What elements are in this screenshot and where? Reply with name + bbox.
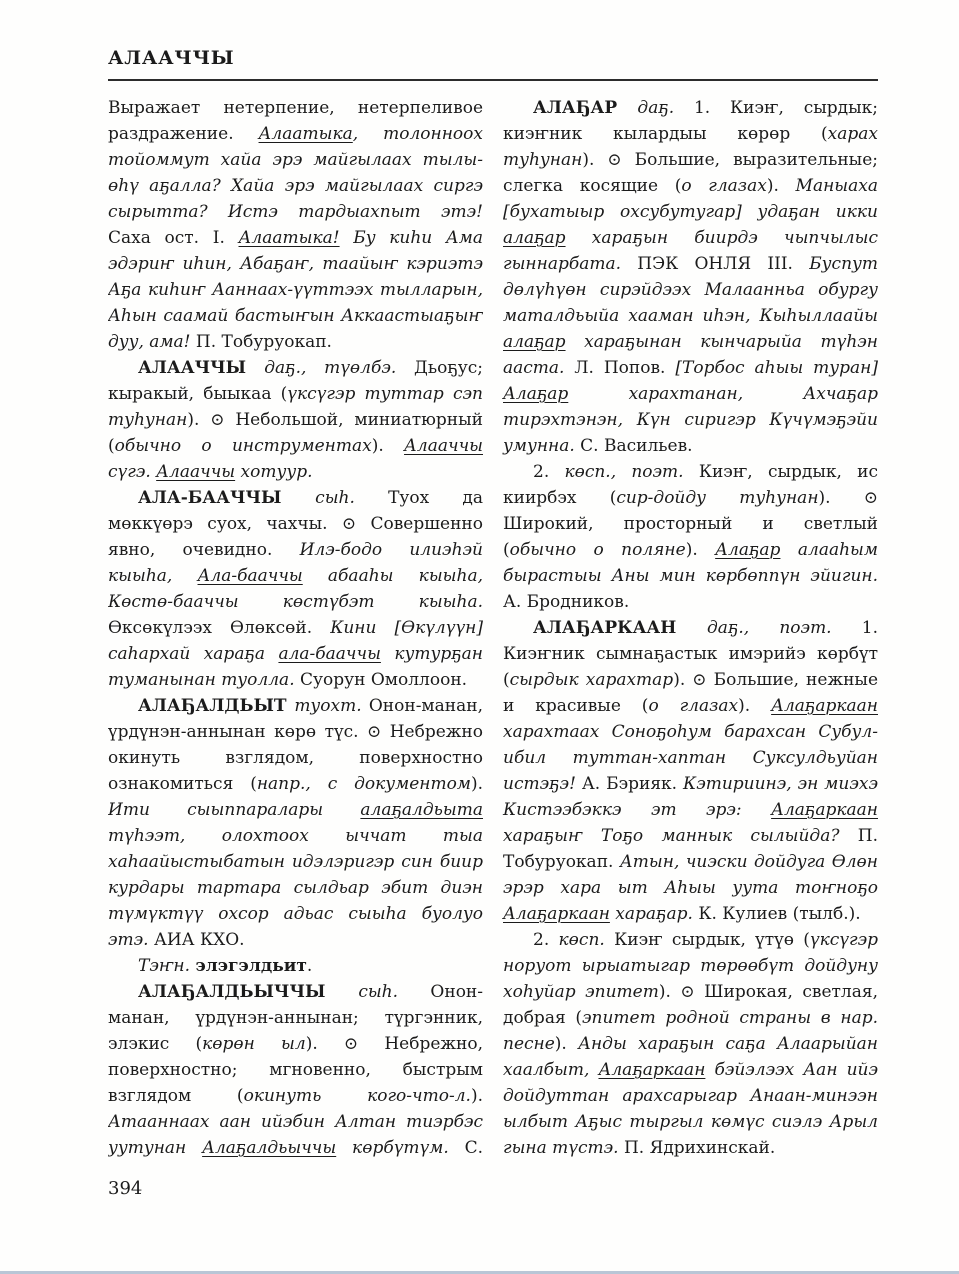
text-run: Өксөкүлээх Өлөксөй. xyxy=(108,618,330,638)
text-run: о глазах xyxy=(681,176,766,196)
text-run: П. Тобуруокап. xyxy=(196,332,332,352)
running-head: АЛААЧЧЫ xyxy=(108,48,878,69)
page-content: АЛААЧЧЫ Выражает нетерпение, нетерпеливо… xyxy=(108,48,878,1157)
text-run: ). xyxy=(767,176,796,196)
text-run: окинуть кого-что-л. xyxy=(244,1086,471,1106)
cited-form-underlined: алаҕар xyxy=(503,332,566,352)
text-run: Киэҥ сырдык, үтүө ( xyxy=(614,930,810,950)
text-run: Л. Попов. xyxy=(574,358,675,378)
text-run: [Торбос аһыы туран] xyxy=(675,358,878,378)
text-run: ). xyxy=(738,696,771,716)
text-run: сир-дойду туһунан xyxy=(616,488,818,508)
entry-alagar-sense1: АЛАҔАР даҕ. 1. Киэҥ, сырдык; киэҥник кыл… xyxy=(503,95,878,459)
cited-form-underlined: алаҕалдьыта xyxy=(360,800,483,820)
text-run: хотуур. xyxy=(235,462,312,482)
text-columns: Выражает нетерпение, нетерпеливое раздра… xyxy=(108,95,878,1157)
headword-or-bold-text: АЛАҔАР xyxy=(533,98,637,118)
text-run: П. Ядрихинскай. xyxy=(624,1138,775,1157)
cited-form-underlined: Алаатыка! xyxy=(239,228,340,248)
headword-or-bold-text: АЛАҔАРКААН xyxy=(533,618,707,638)
header-rule xyxy=(108,79,878,81)
cross-reference-line: Тэҥн. элэгэлдьит. xyxy=(108,953,483,979)
cited-form-underlined: алаҕар xyxy=(503,228,566,248)
text-run: Ити сыыппаралары xyxy=(108,800,360,820)
column-left: Выражает нетерпение, нетерпеливое раздра… xyxy=(108,95,483,1157)
cited-form-underlined: ала-бааччы xyxy=(278,644,380,664)
cited-form-underlined: Алаҕаркаан xyxy=(503,904,610,924)
entry-alaachchy: АЛААЧЧЫ даҕ., түөлбэ. Дьоҕус; кыракый, б… xyxy=(108,355,483,485)
column-right: АЛАҔАР даҕ. 1. Киэҥ, сырдык; киэҥник кыл… xyxy=(503,95,878,1157)
text-run: А. Бродников. xyxy=(503,592,629,612)
text-run: ). xyxy=(471,774,483,794)
entry-ala-baachchy: АЛА-БААЧЧЫ сыһ. Туох да мөккүөрэ суох, ч… xyxy=(108,485,483,693)
headword-or-bold-text: АЛАҔАЛДЬЫТ xyxy=(138,696,294,716)
dictionary-page: АЛААЧЧЫ Выражает нетерпение, нетерпеливо… xyxy=(0,0,959,1274)
cited-form-underlined: Алаҕаркаан xyxy=(771,696,878,716)
text-run: напр., с документом xyxy=(257,774,471,794)
text-run: АИА КХО. xyxy=(154,930,245,950)
text-run: хараҕыҥ Тоҕо маннык сылыйда? xyxy=(503,826,858,846)
headword-or-bold-text: АЛАҔАЛДЬЫЧЧЫ xyxy=(138,982,358,1002)
cited-form-underlined: Алаҕалдьыччы xyxy=(202,1138,336,1157)
page-number: 394 xyxy=(108,1178,142,1199)
text-run: ). xyxy=(686,540,715,560)
headword-or-bold-text: элэгэлдьит xyxy=(195,956,306,976)
text-run: сырдык харахтар xyxy=(510,670,674,690)
cited-form-underlined: Алаҕар xyxy=(715,540,780,560)
cited-form-underlined: Алааччы xyxy=(404,436,483,456)
text-run: көрөн ыл xyxy=(202,1034,306,1054)
text-run: көсп., поэт. xyxy=(564,462,698,482)
entry-alagaldyt: АЛАҔАЛДЬЫТ туохт. Онон-манан, үрдүнэн-ан… xyxy=(108,693,483,953)
cited-form-underlined: Алаҕаркаан xyxy=(598,1060,705,1080)
text-run: . xyxy=(307,956,312,976)
text-run: ). xyxy=(372,436,404,456)
text-run: 2. xyxy=(533,930,559,950)
entry-alagaldychchy: АЛАҔАЛДЬЫЧЧЫ сыһ. Онон-манан, үрдүнэн-ан… xyxy=(108,979,483,1157)
headword-or-bold-text: АЛААЧЧЫ xyxy=(138,358,264,378)
cited-form-underlined: Алааччы xyxy=(156,462,235,482)
text-run: 2. xyxy=(533,462,564,482)
text-run: сыһ. xyxy=(315,488,388,508)
text-run: Тэҥн. xyxy=(138,956,195,976)
text-run: обычно о поляне xyxy=(510,540,686,560)
cited-form-underlined: Алаҕаркаан xyxy=(771,800,878,820)
text-run: ПЭК ОНЛЯ III. xyxy=(637,254,809,274)
text-run: С. Васильев. xyxy=(580,436,692,456)
text-run: обычно о инструментах xyxy=(115,436,372,456)
text-run: туохт. xyxy=(294,696,369,716)
cited-form-underlined: Ала-бааччы xyxy=(198,566,303,586)
text-run: хараҕар. xyxy=(610,904,698,924)
text-run: о глазах xyxy=(648,696,738,716)
text-run: сыһ. xyxy=(358,982,430,1002)
cited-form-underlined: Алаатыка xyxy=(259,124,353,144)
text-run: ). xyxy=(471,1086,483,1106)
text-run: даҕ., поэт. xyxy=(707,618,862,638)
text-run: даҕ., түөлбэ. xyxy=(264,358,414,378)
cited-form-underlined: Алаҕар xyxy=(503,384,568,404)
entry-alagarkaan-sense2: 2. көсп. Киэҥ сырдык, үтүө (үксүгэр нору… xyxy=(503,927,878,1157)
text-run: Суорун Омоллоон. xyxy=(300,670,467,690)
headword-or-bold-text: АЛА-БААЧЧЫ xyxy=(138,488,315,508)
text-run: А. Бэрияк. xyxy=(582,774,683,794)
entry-alagar-sense2: 2. көсп., поэт. Киэҥ, сырдык, ис киирбэх… xyxy=(503,459,878,615)
text-run: К. Кулиев (тылб.). xyxy=(698,904,860,924)
entry-alagarkaan-sense1: АЛАҔАРКААН даҕ., поэт. 1. Киэҥник сымнаҕ… xyxy=(503,615,878,927)
continuation-paragraph: Выражает нетерпение, нетерпеливое раздра… xyxy=(108,95,483,355)
text-run: даҕ. xyxy=(637,98,694,118)
text-run: көрбүтүм. xyxy=(336,1138,464,1157)
text-run: сүгэ. xyxy=(108,462,156,482)
text-run: Саха ост. I. xyxy=(108,228,239,248)
text-run: ). xyxy=(555,1034,578,1054)
text-run: көсп. xyxy=(559,930,615,950)
